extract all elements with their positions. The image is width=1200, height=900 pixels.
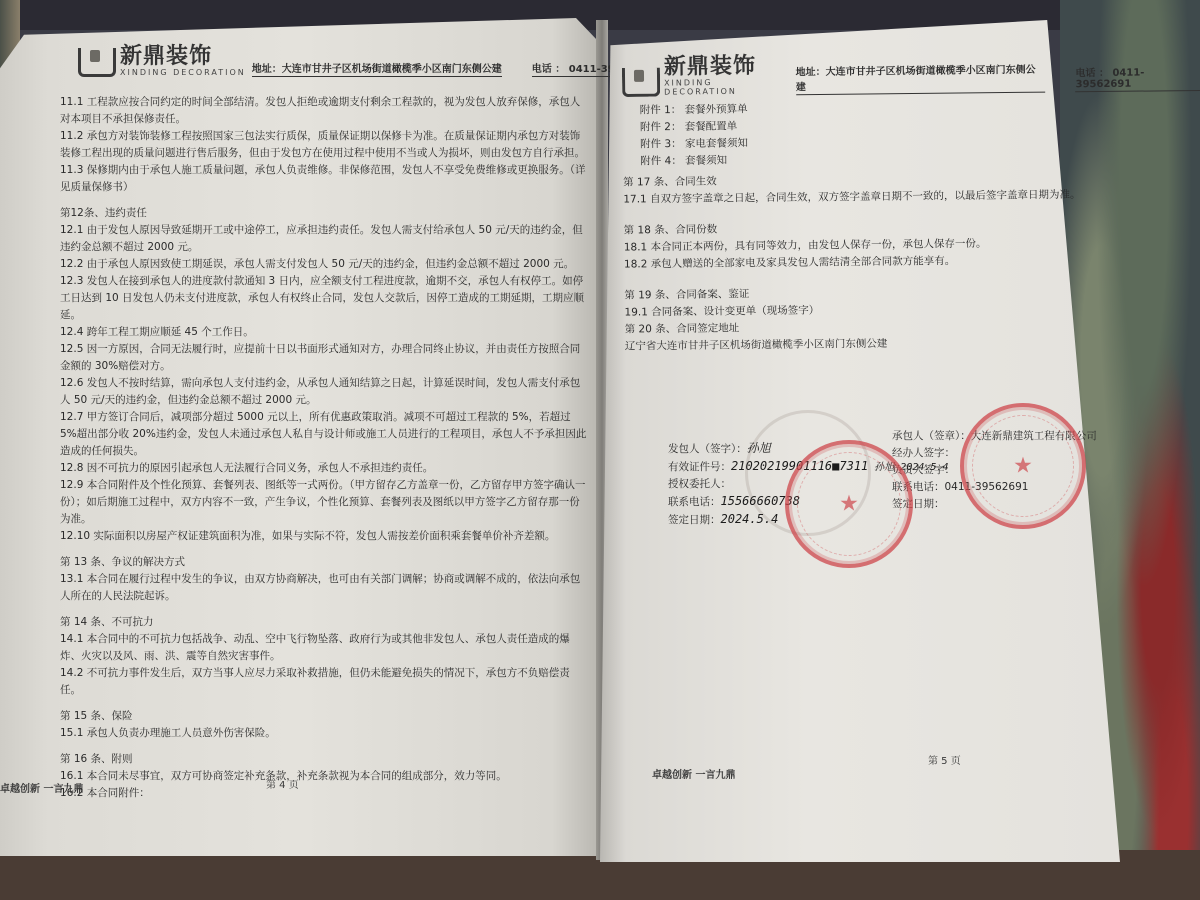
company-seal-stamp: ★ <box>785 440 913 568</box>
logo-english: XINDING DECORATION <box>120 68 246 77</box>
clause: 11.3 保修期内由于承包人施工质量问题，承包人负责维修。非保修范围，发包人不享… <box>60 162 588 196</box>
company-address: 地址：大连市甘井子区机场街道橄榄季小区南门东侧公建 <box>796 61 1046 96</box>
logo-chinese: 新鼎装饰 <box>120 46 246 68</box>
logo-chinese: 新鼎装饰 <box>664 55 790 78</box>
clause: 12.6 发包人不按时结算，需向承包人支付违约金，从承包人通知结算之日起，计算延… <box>60 375 588 409</box>
clause: 12.3 发包人在接到承包人的进度款付款通知 3 日内，应全额支付工程进度款，逾… <box>60 273 588 324</box>
clause: 15.1 承包人负责办理施工人员意外伤害保险。 <box>60 725 588 742</box>
agent-label: 授权委托人： <box>668 476 731 493</box>
company-phone: 电话 ： 0411-39562691 <box>1075 63 1200 92</box>
clause: 12.2 由于承包人原因致使工期延误，承包人需支付发包人 50 元/天的违约金，… <box>60 256 588 273</box>
logo-english: XINDING DECORATION <box>664 77 790 96</box>
company-logo: 新鼎装饰 XINDING DECORATION <box>622 55 790 97</box>
seal-star-icon: ★ <box>1013 454 1033 479</box>
clause: 16.2 本合同附件： <box>60 785 588 802</box>
clause: 11.2 承包方对装饰装修工程按照国家三包法实行质保，质量保证期以保修卡为准。在… <box>60 128 588 162</box>
ding-logo-icon <box>78 48 116 77</box>
page-5-body: 第 17 条、合同生效 17.1 自双方签字盖章之日起，合同生效，双方签字盖章日… <box>623 169 1105 355</box>
clause: 12.9 本合同附件及个性化预算、套餐列表、图纸等一式两份。（甲方留存乙方盖章一… <box>60 477 588 528</box>
section-title: 第 14 条、不可抗力 <box>60 614 588 631</box>
page-4-header: 新鼎装饰 XINDING DECORATION 地址：大连市甘井子区机场街道橄榄… <box>78 46 656 77</box>
page-4-number: 第 4 页 <box>266 776 299 791</box>
company-address: 地址：大连市甘井子区机场街道橄榄季小区南门东侧公建 <box>252 60 502 77</box>
seal-star-icon: ★ <box>839 492 859 517</box>
employer-date-value: 2024.5.4 <box>721 511 779 528</box>
employer-phone-label: 联系电话： <box>668 494 721 511</box>
section-title: 第12条、违约责任 <box>60 205 588 222</box>
handler-label: 经办人签字： <box>892 445 955 462</box>
ding-logo-icon <box>622 68 660 97</box>
page-4-slogan: 卓越创新 一言九鼎 <box>0 780 83 795</box>
clause: 12.1 由于发包人原因导致延期开工或中途停工，应承担违约责任。发包人需支付给承… <box>60 222 588 256</box>
page-5-slogan: 卓越创新 一言九鼎 <box>652 766 735 781</box>
clause: 14.1 本合同中的不可抗力包括战争、动乱、空中飞行物坠落、政府行为或其他非发包… <box>60 631 588 665</box>
contractor-sign-label: 承包人（签章）： <box>892 428 971 445</box>
employer-sign-label: 发包人（签字）： <box>668 441 747 458</box>
section-title: 第 16 条、附则 <box>60 751 588 768</box>
page-5-header: 新鼎装饰 XINDING DECORATION 地址：大连市甘井子区机场街道橄榄… <box>622 51 1200 97</box>
clause: 14.2 不可抗力事件发生后，双方当事人应尽力采取补救措施，但仍未能避免损失的情… <box>60 665 588 699</box>
clause: 12.7 甲方签订合同后，减项部分超过 5000 元以上，所有优惠政策取消。减项… <box>60 409 588 460</box>
id-number-label: 有效证件号： <box>668 459 731 476</box>
attachments-list: 附件 1： 套餐外预算单 附件 2： 套餐配置单 附件 3： 家电套餐须知 附件… <box>640 98 1101 171</box>
employer-signature: 孙旭 <box>747 440 771 457</box>
clause: 16.1 本合同未尽事宜，双方可协商签定补充条款，补充条款视为本合同的组成部分，… <box>60 768 588 785</box>
clause: 12.8 因不可抗力的原因引起承包人无法履行合同义务，承包人不承担违约责任。 <box>60 460 588 477</box>
clause: 12.10 实际面积以房屋产权证建筑面积为准，如果与实际不符，发包人需按差价面积… <box>60 528 588 545</box>
clause: 13.1 本合同在履行过程中发生的争议，由双方协商解决，也可由有关部门调解；协商… <box>60 571 588 605</box>
section-title: 第 15 条、保险 <box>60 708 588 725</box>
company-logo: 新鼎装饰 XINDING DECORATION <box>78 46 246 77</box>
clause: 11.1 工程款应按合同约定的时间全部结清。发包人拒绝或逾期支付剩余工程款的，视… <box>60 94 588 128</box>
page-4-body: 11.1 工程款应按合同约定的时间全部结清。发包人拒绝或逾期支付剩余工程款的，视… <box>60 94 588 802</box>
clause: 12.4 跨年工程工期应顺延 45 个工作日。 <box>60 324 588 341</box>
section-title: 第 13 条、争议的解决方式 <box>60 554 588 571</box>
company-seal-stamp: ★ <box>960 403 1086 529</box>
page-5-number: 第 5 页 <box>928 752 961 767</box>
clause: 12.5 因一方原因，合同无法履行时，应提前十日以书面形式通知对方，办理合同终止… <box>60 341 588 375</box>
employer-date-label: 签定日期： <box>668 512 721 529</box>
